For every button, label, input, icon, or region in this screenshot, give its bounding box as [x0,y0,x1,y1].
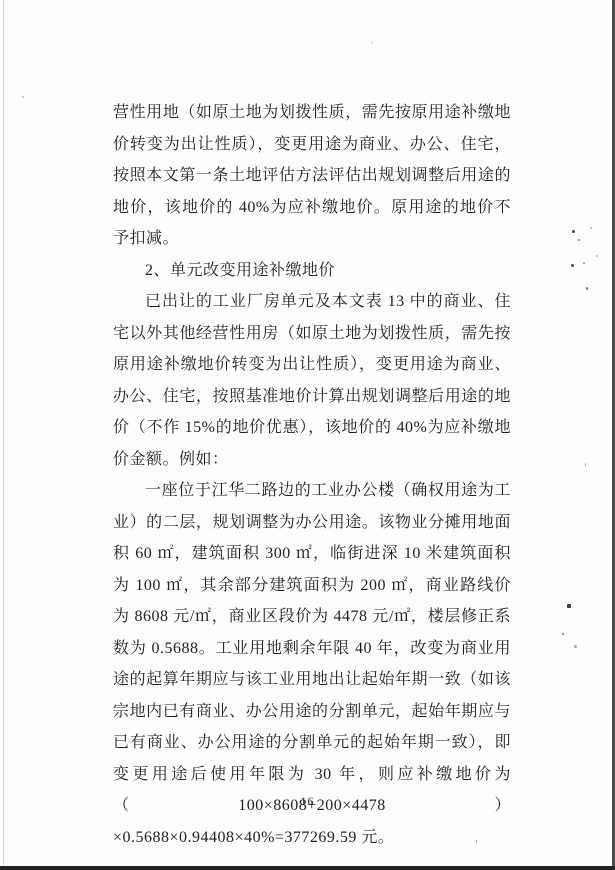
scan-speck [572,230,575,233]
scanned-document-page: 营性用地（如原土地为划拨性质，需先按原用途补缴地价转变为出让性质），变更用途为商… [0,0,615,870]
page-number: 16 [0,794,615,809]
scan-speck [583,262,585,264]
paragraph-heading-2: 2、单元改变用途补缴地价 [113,255,511,287]
scan-speck [571,264,574,267]
page-bottom-edge-line [0,866,615,870]
paragraph-continuation: 营性用地（如原土地为划拨性质，需先按原用途补缴地价转变为出让性质），变更用途为商… [113,97,511,255]
scan-speck [567,604,571,608]
scan-speck [586,287,588,290]
document-body-text: 营性用地（如原土地为划拨性质，需先按原用途补缴地价转变为出让性质），变更用途为商… [113,97,511,853]
scan-speck [371,41,372,44]
scan-speck [22,96,24,98]
scan-speck [578,239,580,241]
scan-speck [562,633,564,635]
paragraph-policy: 已出让的工业厂房单元及本文表 13 中的商业、住宅以外其他经营性用房（如原土地为… [113,286,511,475]
scan-speck [574,645,577,648]
scan-speck [585,463,586,466]
page-left-edge-line [3,0,4,870]
scan-speck [476,840,477,843]
scan-speck [596,255,598,257]
scan-speck [590,227,592,229]
